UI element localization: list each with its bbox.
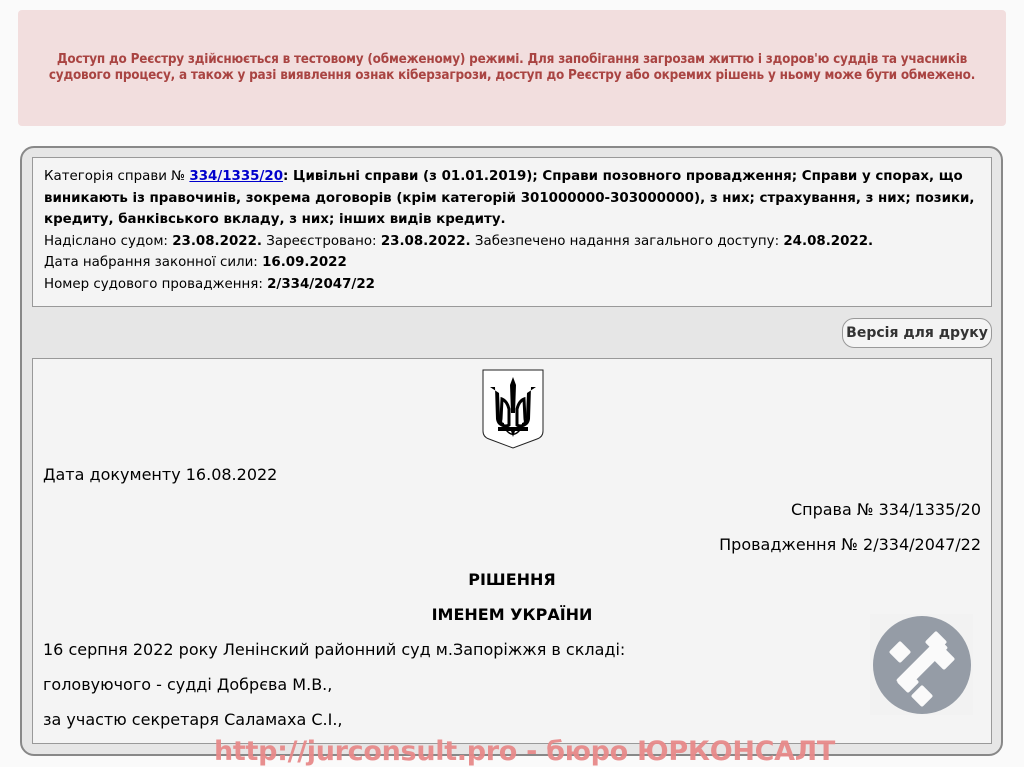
case-number-link[interactable]: 334/1335/20 [189,169,283,184]
document-body: Дата документу 16.08.2022 Справа № 334/1… [32,358,992,744]
paragraph: за участю секретаря Саламаха С.І., [43,710,342,729]
print-version-button[interactable]: Версія для друку [842,318,992,348]
paragraph: головуючого - судді Добрєва М.В., [43,675,332,694]
watermark-link[interactable]: http://jurconsult.pro - бюро ЮРКОНСАЛТ [214,734,835,767]
registered-date: 23.08.2022. [381,234,471,249]
document-date: Дата документу 16.08.2022 [43,465,277,484]
case-category: Категорія справи № 334/1335/20: Цивільні… [44,166,980,231]
proceeding-number-line: Провадження № 2/334/2047/22 [719,535,981,554]
case-info-panel: Категорія справи № 334/1335/20: Цивільні… [32,157,992,307]
decision-subtitle: ІМЕНЕМ УКРАЇНИ [33,605,991,624]
case-number-line: Справа № 334/1335/20 [791,500,981,519]
decision-title: РІШЕННЯ [33,570,991,589]
legal-force-date: Дата набрання законної сили: 16.09.2022 [44,252,980,274]
access-date: 24.08.2022. [783,234,873,249]
case-dates: Надіслано судом: 23.08.2022. Зареєстрова… [44,231,980,253]
sent-date: 23.08.2022. [172,234,262,249]
access-warning-alert: Доступ до Реєстру здійснюється в тестово… [18,10,1006,126]
proceeding-number: Номер судового провадження: 2/334/2047/2… [44,274,980,296]
puzzle-cross-logo-icon [870,614,973,715]
paragraph: 16 серпня 2022 року Ленінский районний с… [43,640,625,659]
ukraine-trident-emblem-icon [482,369,544,449]
alert-text: Доступ до Реєстру здійснюється в тестово… [34,52,990,84]
